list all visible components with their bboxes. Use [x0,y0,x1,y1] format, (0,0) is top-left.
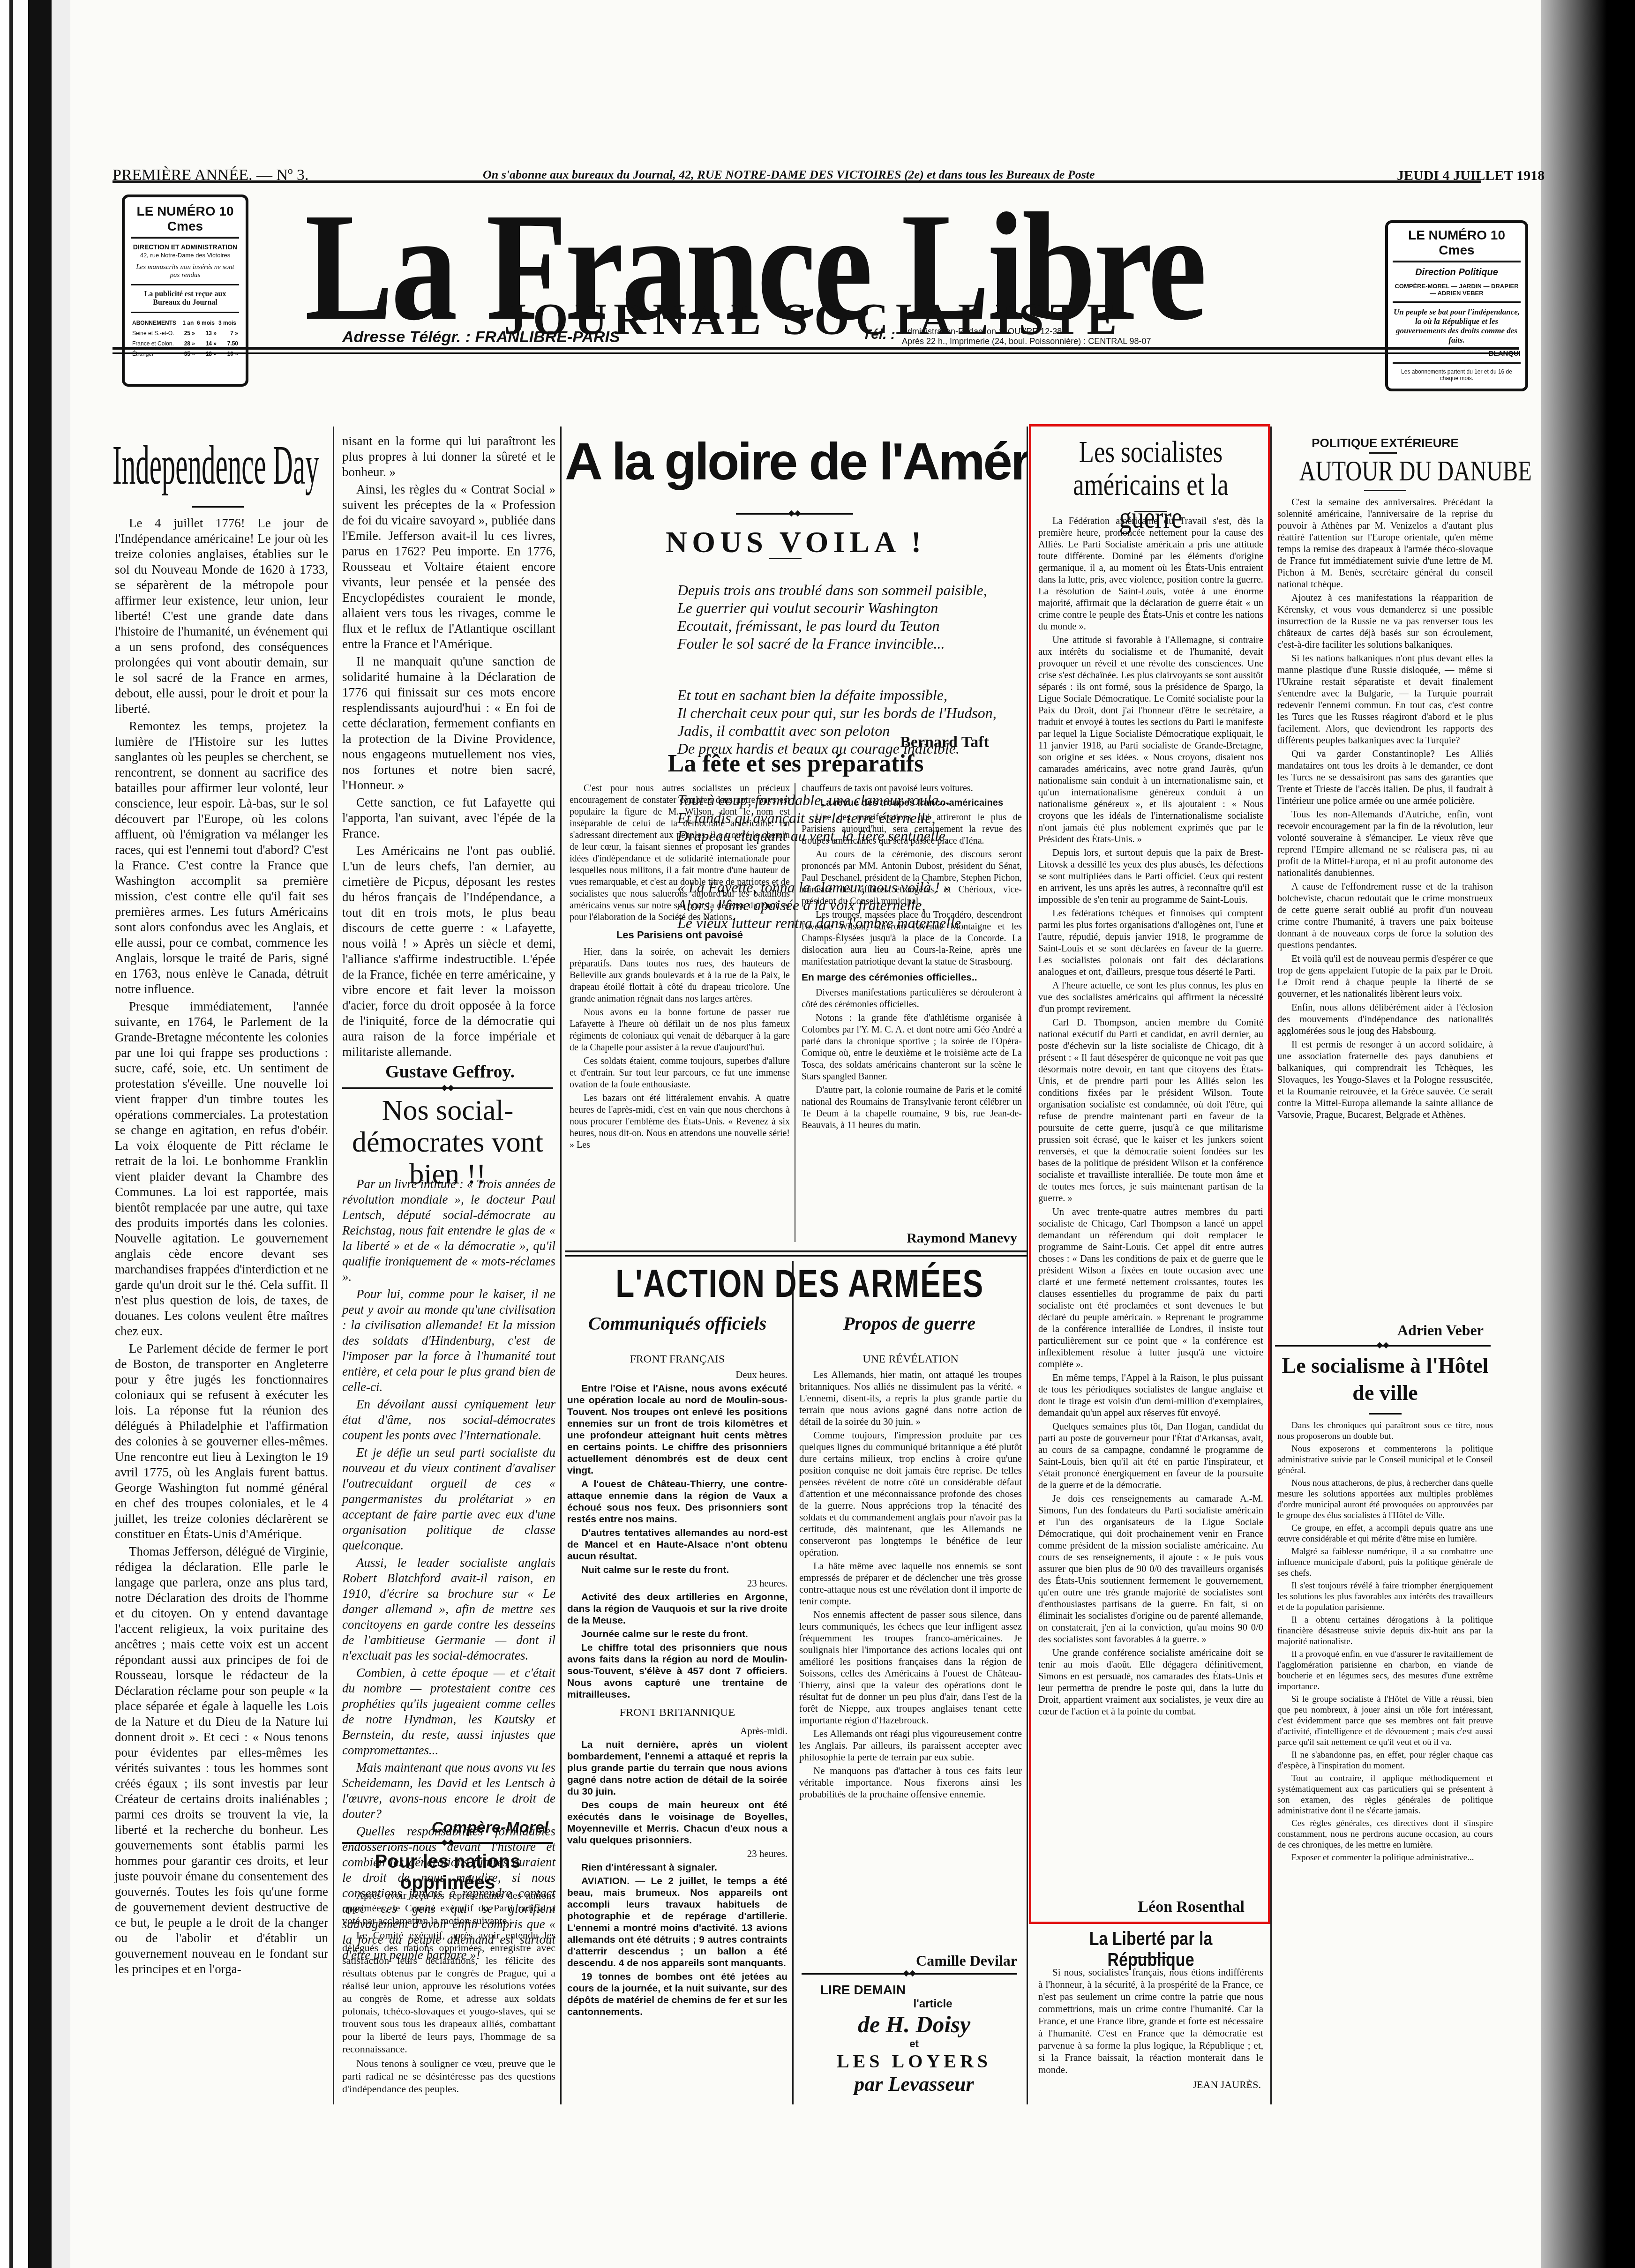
hotel-de-ville-title: Le socialisme à l'Hôtel de ville [1275,1352,1495,1407]
lire-demain-label: LIRE DEMAIN [820,1983,1008,1998]
fete-title: La fête et ses préparatifs [565,750,1027,778]
byline-compere-morel: Compère-Morel [342,1819,548,1837]
revelation-subtitle: UNE RÉVÉLATION [799,1354,1022,1365]
independence-continued: nisant en la forme qui lui paraîtront le… [342,434,555,1062]
communiques-title: Communiqués officiels [565,1312,790,1334]
nations-opprimees-title: Pour les nations opprimées [342,1851,553,1894]
fete-col1: C'est pour nous autres socialistes un pr… [570,783,790,1153]
levasseur-author: par Levasseur [820,2072,1008,2096]
communiques-body: FRONT FRANÇAIS Deux heures. Entre l'Oise… [567,1350,787,2020]
publicity-note: La publicité est reçue aux Bureaux du Jo… [131,290,239,307]
newspaper-page: PREMIÈRE ANNÉE. — Nº 3. On s'abonne aux … [70,0,1541,2268]
byline-taft: Bernard Taft [680,734,989,751]
loyers-title: LES LOYERS [820,2050,1008,2072]
scan-right-edge [1541,0,1635,2268]
fete-col2: chauffeurs de taxis ont pavoisé leurs vo… [802,783,1022,1133]
front-francais: FRONT FRANÇAIS [567,1354,787,1365]
manuscripts-note: Les manuscrits non insérés ne sont pas r… [131,263,239,279]
byline-manevy: Raymond Manevy [802,1230,1017,1246]
hotel-de-ville-body: Dans les chroniques qui paraîtront sous … [1277,1420,1493,1865]
action-armees-title: L'ACTION DES ARMÉES [615,1261,975,1306]
address-label: 42, rue Notre-Dame des Victoires [131,252,239,259]
liberte-title: La Liberté par la République [1053,1929,1249,1971]
lire-demain-box: LIRE DEMAIN l'article de H. Doisy et LES… [820,1983,1008,2096]
subscription-note: Les abonnements partent du 1er et du 16 … [1393,368,1521,382]
scan-left-edge [0,0,70,2268]
propos-title: Propos de guerre [797,1312,1022,1334]
directors-list: COMPÈRE-MOREL — JARDIN — DRAPIER — ADRIE… [1393,283,1521,297]
independence-title: Independence Day [112,434,220,497]
gloire-title: A la gloire de l'Amérique [565,431,1027,492]
byline-jaures: JEAN JAURÈS. [1148,2079,1261,2091]
nations-opprimees-body: Après avoir reçu les représentants des n… [342,1889,555,2097]
parisiens-heading: Les Parisiens ont pavoisé [570,929,790,941]
telegraph-address: Adresse Télégr. : FRANLIBRE-PARIS [342,328,620,346]
direction-label: DIRECTION ET ADMINISTRATION [131,243,239,251]
price-label: LE NUMÉRO 10 Cmes [131,204,239,239]
direction-politique: Direction Politique [1393,267,1521,278]
independence-title-wrap: Independence Day [112,434,328,497]
price-box-left: LE NUMÉRO 10 Cmes DIRECTION ET ADMINISTR… [122,195,248,387]
liberte-body: Si nous, socialistes français, nous étio… [1038,1966,1263,2078]
telephone-info: Tél. : Administration-Rédaction : LOUVRE… [862,327,1151,346]
doisy-author: de H. Doisy [820,2011,1008,2038]
subscribe-line: On s'abonne aux bureaux du Journal, 42, … [483,168,1280,182]
politique-exterieure-kicker: POLITIQUE EXTÉRIEURE [1275,436,1495,450]
byline-devilar: Camille Devilar [802,1952,1017,1969]
price-label-right: LE NUMÉRO 10 Cmes [1393,228,1521,262]
poem-title: NOUS VOILA ! [565,525,1027,560]
price-box-right: LE NUMÉRO 10 Cmes Direction Politique CO… [1385,220,1528,391]
marge-heading: En marge des cérémonies officielles.. [802,972,1022,983]
danube-title: AUTOUR DU DANUBE [1299,455,1471,488]
byline-geffroy: Gustave Geffroy. [352,1062,548,1082]
byline-rosenthal: Léon Rosenthal [1038,1898,1245,1916]
revue-heading: La revue des troupes franco-américaines [802,797,1022,809]
socialistes-americains-body: La Fédération américaine du Travail s'es… [1038,516,1263,1720]
byline-veber: Adrien Veber [1277,1322,1484,1339]
front-britannique: FRONT BRITANNIQUE [567,1707,787,1719]
propos-body: UNE RÉVÉLATION Les Allemands, hier matin… [799,1350,1022,1802]
blanqui-quote: Un peuple se bat pour l'indépendance, la… [1393,307,1521,345]
independence-body: Le 4 juillet 1776! Le jour de l'Indépend… [115,516,328,1979]
danube-body: C'est la semaine des anniversaires. Préc… [1277,497,1493,1123]
social-democrates-title: Nos social-démocrates vont bien !! [342,1094,553,1190]
